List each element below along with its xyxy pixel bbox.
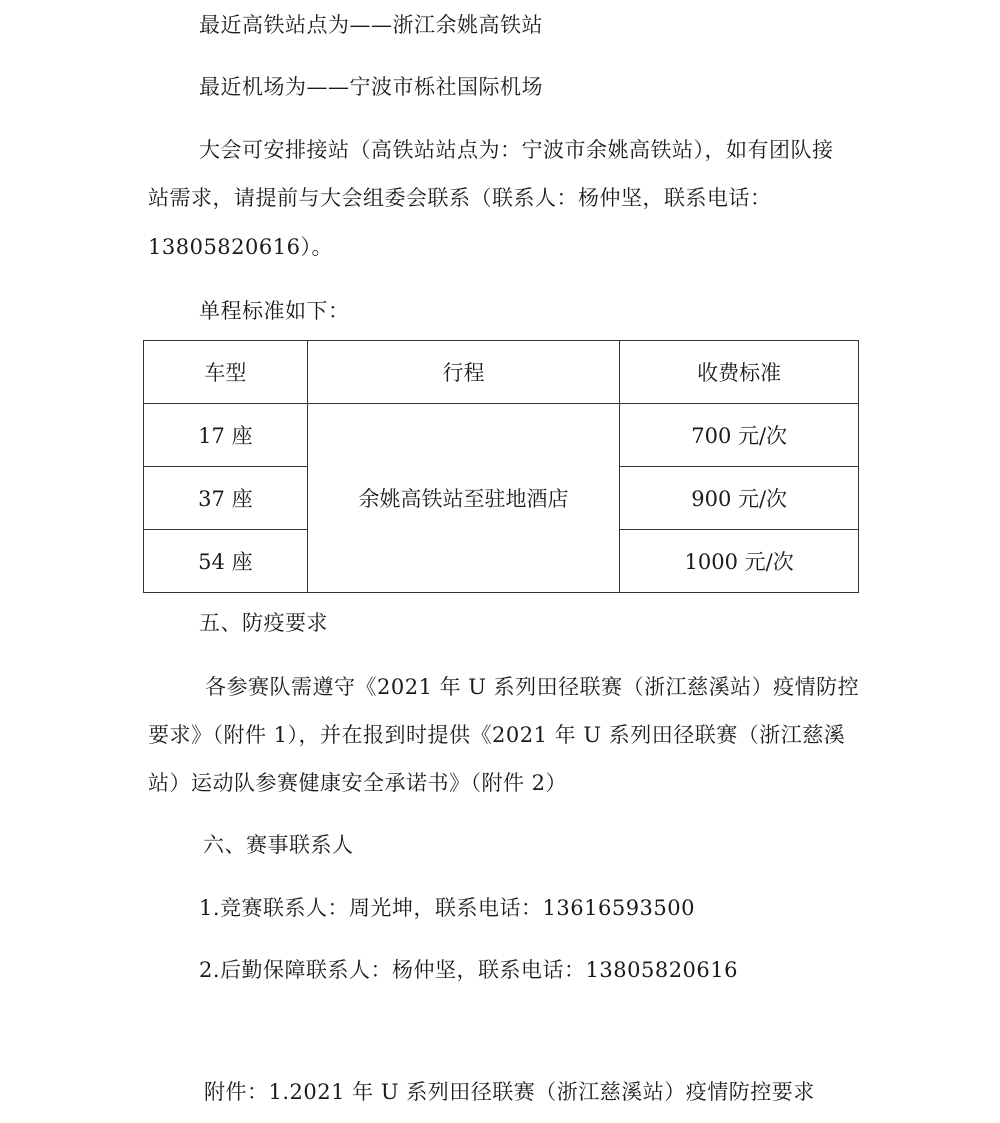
section5-line2: 要求》（附件 1），并在报到时提供《2021 年 U 系列田径联赛（浙江慈溪	[148, 720, 845, 750]
contact-logistics: 2.后勤保障联系人：杨仲坚，联系电话：13805820616	[199, 955, 738, 985]
vehicle-cell: 37 座	[144, 467, 308, 530]
pickup-text-line3: 13805820616）。	[148, 232, 333, 262]
table-header-row: 车型 行程 收费标准	[144, 341, 859, 404]
section5-heading: 五、防疫要求	[199, 608, 328, 638]
vehicle-cell: 54 座	[144, 530, 308, 593]
header-route: 行程	[307, 341, 620, 404]
attachment-text: 附件：1.2021 年 U 系列田径联赛（浙江慈溪站）疫情防控要求	[204, 1077, 815, 1107]
fee-cell: 1000 元/次	[620, 530, 859, 593]
pickup-text-line2: 站需求，请提前与大会组委会联系（联系人：杨仲坚，联系电话：	[148, 183, 772, 213]
fare-intro-text: 单程标准如下：	[199, 296, 350, 326]
route-cell: 余姚高铁站至驻地酒店	[307, 404, 620, 593]
section5-line1: 各参赛队需遵守《2021 年 U 系列田径联赛（浙江慈溪站）疫情防控	[205, 672, 859, 702]
header-fee: 收费标准	[620, 341, 859, 404]
header-vehicle: 车型	[144, 341, 308, 404]
fee-cell: 900 元/次	[620, 467, 859, 530]
section6-heading: 六、赛事联系人	[203, 830, 354, 860]
nearest-rail-station-text: 最近高铁站点为——浙江余姚高铁站	[199, 10, 543, 40]
table-row: 17 座 余姚高铁站至驻地酒店 700 元/次	[144, 404, 859, 467]
section5-line3: 站）运动队参赛健康安全承诺书》（附件 2）	[148, 768, 567, 798]
fare-table: 车型 行程 收费标准 17 座 余姚高铁站至驻地酒店 700 元/次 37 座 …	[143, 340, 859, 593]
fee-cell: 700 元/次	[620, 404, 859, 467]
pickup-text-line1: 大会可安排接站（高铁站站点为：宁波市余姚高铁站），如有团队接	[199, 135, 834, 165]
nearest-airport-text: 最近机场为——宁波市栎社国际机场	[199, 72, 543, 102]
vehicle-cell: 17 座	[144, 404, 308, 467]
contact-competition: 1.竞赛联系人：周光坤，联系电话：13616593500	[199, 893, 695, 923]
